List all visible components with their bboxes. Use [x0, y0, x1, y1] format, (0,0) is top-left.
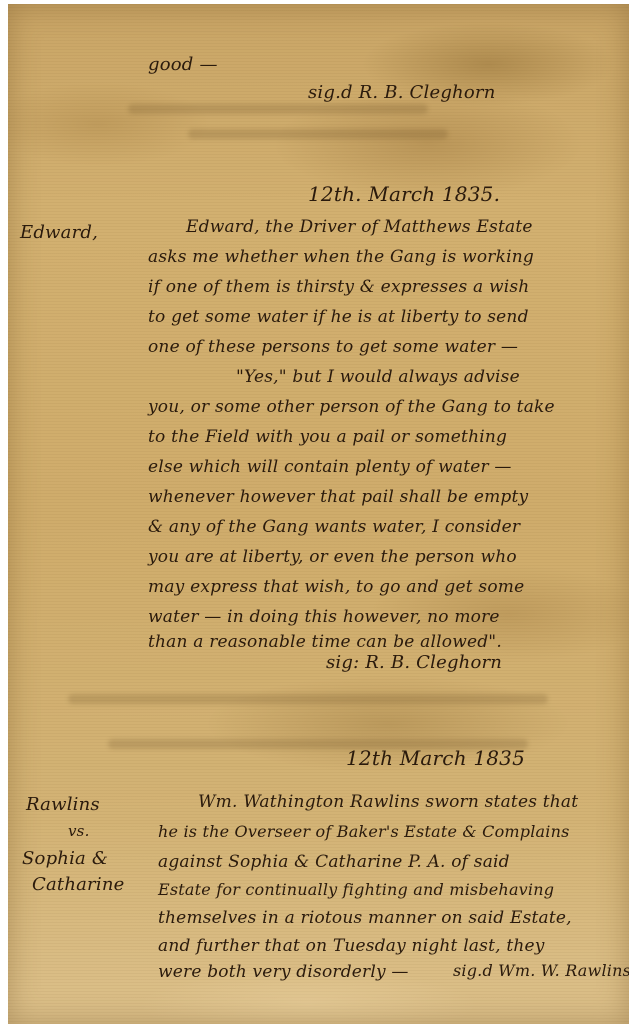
- manuscript-page: good — sig.d R. B. Cleghorn 12th. March …: [8, 4, 629, 1024]
- entry-2-signature: sig.d Wm. W. Rawlins: [453, 961, 629, 980]
- entry-1-line: & any of the Gang wants water, I conside…: [148, 517, 520, 537]
- entry-1-line: one of these persons to get some water —: [148, 337, 518, 357]
- entry-2-line: Estate for continually fighting and misb…: [158, 880, 554, 899]
- entry-2-margin-note: Rawlins: [26, 794, 100, 815]
- entry-1-line: may express that wish, to go and get som…: [148, 577, 524, 597]
- entry-1-line: else which will contain plenty of water …: [148, 457, 512, 477]
- entry-1-line: you, or some other person of the Gang to…: [148, 397, 555, 417]
- ink-bleed: [68, 694, 548, 704]
- entry-1-line: asks me whether when the Gang is working: [148, 247, 534, 267]
- entry-1-line: than a reasonable time can be allowed".: [148, 632, 502, 652]
- entry-1-line: to the Field with you a pail or somethin…: [148, 427, 507, 447]
- entry-2-margin-note: Sophia &: [22, 848, 108, 869]
- entry-1-margin-note: Edward,: [20, 222, 98, 243]
- entry-1-line: Edward, the Driver of Matthews Estate: [186, 217, 533, 237]
- entry-1-signature: sig: R. B. Cleghorn: [326, 652, 502, 673]
- entry-2-line: against Sophia & Catharine P. A. of said: [158, 852, 510, 872]
- entry-1-date: 12th. March 1835.: [308, 182, 500, 206]
- top-signature: sig.d R. B. Cleghorn: [308, 82, 495, 103]
- entry-2-line: Wm. Wathington Rawlins sworn states that: [198, 792, 578, 812]
- entry-2-line: and further that on Tuesday night last, …: [158, 936, 545, 956]
- entry-2-margin-note: Catharine: [32, 874, 124, 895]
- entry-2-line: he is the Overseer of Baker's Estate & C…: [158, 822, 570, 841]
- entry-2-line: were both very disorderly —: [158, 962, 409, 982]
- entry-1-line: to get some water if he is at liberty to…: [148, 307, 529, 327]
- top-word-good: good —: [148, 54, 218, 75]
- entry-1-line: water — in doing this however, no more: [148, 607, 500, 627]
- entry-1-line: you are at liberty, or even the person w…: [148, 547, 517, 567]
- ink-bleed: [128, 104, 428, 114]
- entry-1-line: if one of them is thirsty & expresses a …: [148, 277, 529, 297]
- entry-2-line: themselves in a riotous manner on said E…: [158, 908, 572, 928]
- entry-1-line: whenever however that pail shall be empt…: [148, 487, 528, 507]
- entry-2-margin-note: vs.: [68, 822, 90, 840]
- entry-1-line: "Yes," but I would always advise: [236, 367, 520, 387]
- ink-bleed: [188, 129, 448, 139]
- entry-2-date: 12th March 1835: [346, 746, 525, 770]
